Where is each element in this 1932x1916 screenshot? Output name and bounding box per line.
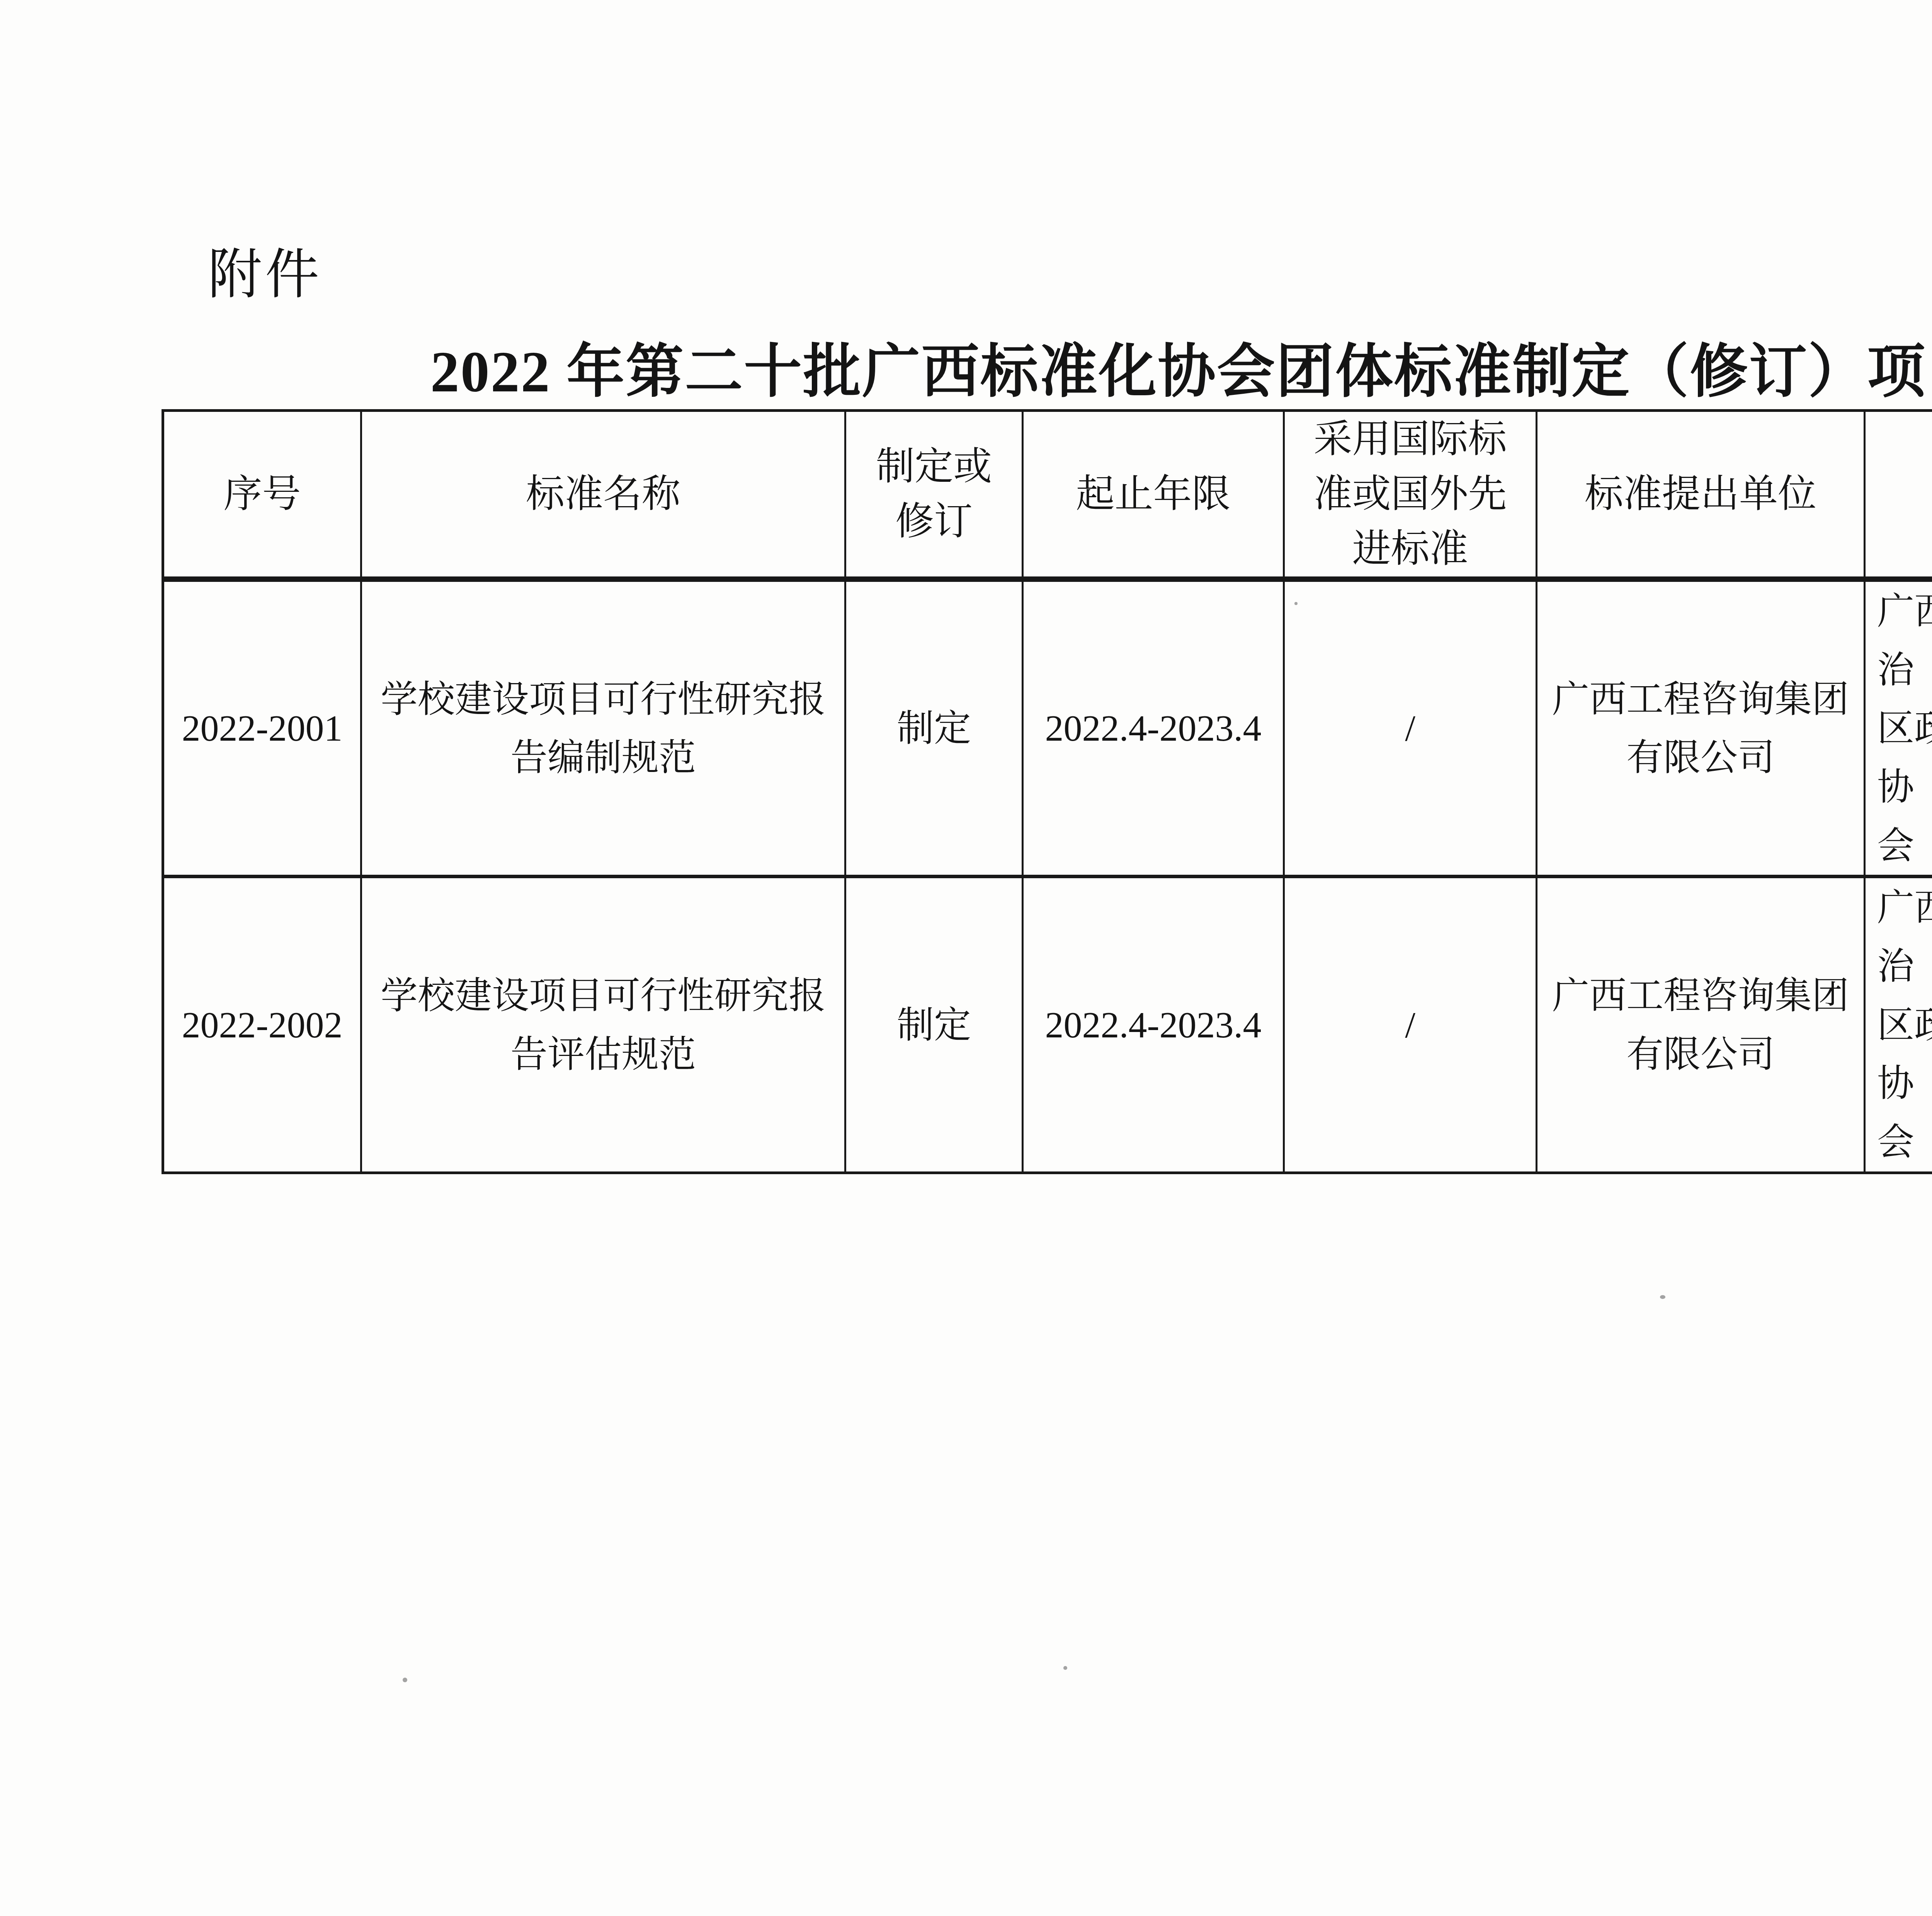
table-header-row: 序号 标准名称 制定或 修订 起止年限 采用国际标 准或国外先 进标准 标准提出… xyxy=(163,411,1932,580)
page-title: 2022 年第二十批广西标准化协会团体标准制定（修订）项目计划汇总表 xyxy=(0,325,1932,408)
cell-proposer: 广西工程咨询集团 有限公司 xyxy=(1537,579,1865,877)
summary-table: 序号 标准名称 制定或 修订 起止年限 采用国际标 准或国外先 进标准 标准提出… xyxy=(162,409,1932,1174)
cell-standard-name: 学校建设项目可行性研究报 告编制规范 xyxy=(361,579,845,877)
scan-speck xyxy=(1063,1666,1067,1670)
attachment-label: 附件 xyxy=(208,231,322,309)
cell-drafter: 广西工程咨询集团有限公司、广西壮族自治 区政府投资项目评审中心、广西工程咨询协 … xyxy=(1865,579,1932,877)
cell-intl-standard: / xyxy=(1284,579,1537,877)
scan-speck xyxy=(1294,602,1298,605)
column-header-intl-standard: 采用国际标 准或国外先 进标准 xyxy=(1284,411,1537,580)
cell-proposer: 广西工程咨询集团 有限公司 xyxy=(1537,877,1865,1173)
column-header-standard-name: 标准名称 xyxy=(361,411,845,580)
cell-intl-standard: / xyxy=(1284,877,1537,1173)
column-header-period: 起止年限 xyxy=(1023,411,1284,580)
cell-seq: 2022-2001 xyxy=(163,579,361,877)
table-row: 2022-2001 学校建设项目可行性研究报 告编制规范 制定 2022.4-2… xyxy=(163,579,1932,877)
cell-revision-type: 制定 xyxy=(845,579,1023,877)
column-header-drafter: 标准起草单位 xyxy=(1865,411,1932,580)
column-header-proposer: 标准提出单位 xyxy=(1537,411,1865,580)
document-page: 附件 2022 年第二十批广西标准化协会团体标准制定（修订）项目计划汇总表 序号… xyxy=(0,0,1932,1916)
cell-period: 2022.4-2023.4 xyxy=(1023,877,1284,1173)
table-row: 2022-2002 学校建设项目可行性研究报 告评估规范 制定 2022.4-2… xyxy=(163,877,1932,1173)
cell-revision-type: 制定 xyxy=(845,877,1023,1173)
cell-period: 2022.4-2023.4 xyxy=(1023,579,1284,877)
cell-seq: 2022-2002 xyxy=(163,877,361,1173)
cell-drafter: 广西工程咨询集团有限公司、广西壮族自治 区政府投资项目评审中心、广西工程咨询协 … xyxy=(1865,877,1932,1173)
column-header-seq: 序号 xyxy=(163,411,361,580)
cell-standard-name: 学校建设项目可行性研究报 告评估规范 xyxy=(361,877,845,1173)
column-header-revision-type: 制定或 修订 xyxy=(845,411,1023,580)
scan-speck xyxy=(403,1678,407,1682)
scan-speck xyxy=(1660,1295,1665,1299)
